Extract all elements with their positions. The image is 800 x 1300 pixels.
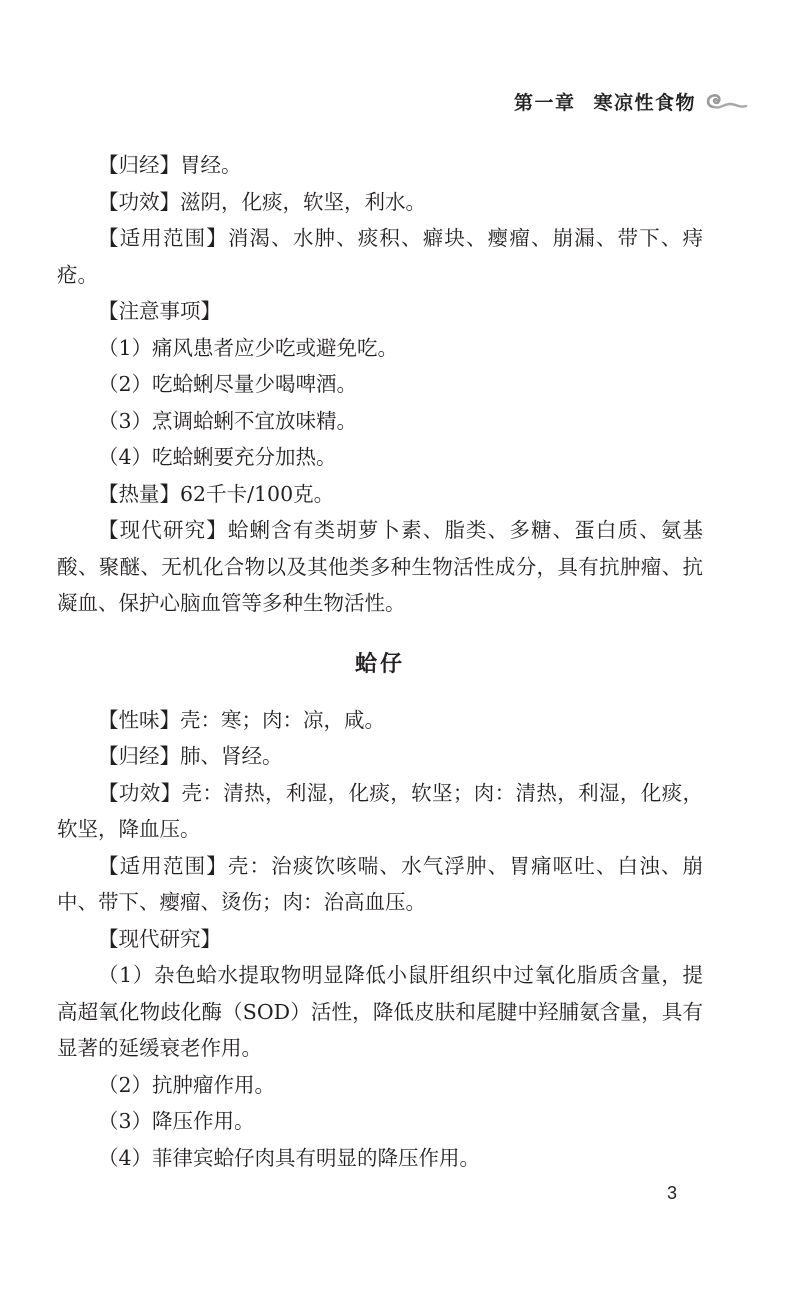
- research-item: （4）菲律宾蛤仔肉具有明显的降压作用。: [57, 1140, 703, 1177]
- paragraph-efficacy: 【功效】壳：清热，利湿，化痰，软坚；肉：清热，利湿，化痰，软坚，降血压。: [57, 775, 703, 848]
- paragraph-calories: 【热量】62千卡/100克。: [57, 476, 703, 513]
- precaution-item: （3）烹调蛤蜊不宜放味精。: [57, 403, 703, 440]
- label: 【归经】: [98, 744, 180, 768]
- label: 【现代研究】: [98, 518, 228, 542]
- page-number: 3: [667, 1183, 677, 1204]
- paragraph-indications: 【适用范围】壳：治痰饮咳喘、水气浮肿、胃痛呕吐、白浊、崩中、带下、瘿瘤、烫伤；肉…: [57, 848, 703, 921]
- paragraph-modern-research: 【现代研究】蛤蜊含有类胡萝卜素、脂类、多糖、蛋白质、氨基酸、聚醚、无机化合物以及…: [57, 512, 703, 622]
- label: 【现代研究】: [98, 927, 221, 951]
- precaution-item: （2）吃蛤蜊尽量少喝啤酒。: [57, 366, 703, 403]
- paragraph-indications: 【适用范围】消渴、水肿、痰积、癖块、瘿瘤、崩漏、带下、痔疮。: [57, 220, 703, 293]
- label: 【热量】: [98, 482, 180, 506]
- cloud-swirl-icon: [704, 91, 748, 113]
- paragraph-modern-research: 【现代研究】: [57, 921, 703, 958]
- precaution-item: （1）痛风患者应少吃或避免吃。: [57, 330, 703, 367]
- label: 【适用范围】: [98, 226, 228, 250]
- label: 【适用范围】: [98, 854, 228, 878]
- label: 【功效】: [98, 190, 180, 214]
- research-item: （2）抗肿瘤作用。: [57, 1067, 703, 1104]
- paragraph-meridian: 【归经】胃经。: [57, 147, 703, 184]
- chapter-title: 寒凉性食物: [593, 92, 696, 114]
- paragraph-efficacy: 【功效】滋阴，化痰，软坚，利水。: [57, 184, 703, 221]
- paragraph-meridian: 【归经】肺、肾经。: [57, 738, 703, 775]
- entry-title: 蛤仔: [57, 646, 703, 682]
- chapter-number: 第一章: [514, 92, 576, 114]
- label: 【功效】: [98, 781, 182, 805]
- paragraph-precautions: 【注意事项】: [57, 293, 703, 330]
- label: 【归经】: [98, 153, 180, 177]
- research-item: （1）杂色蛤水提取物明显降低小鼠肝组织中过氧化脂质含量，提高超氧化物歧化酶（SO…: [57, 957, 703, 1067]
- research-item: （3）降压作用。: [57, 1103, 703, 1140]
- precaution-item: （4）吃蛤蜊要充分加热。: [57, 439, 703, 476]
- label: 【注意事项】: [98, 299, 221, 323]
- paragraph-nature-flavor: 【性味】壳：寒；肉：凉，咸。: [57, 702, 703, 739]
- page-body: 【归经】胃经。 【功效】滋阴，化痰，软坚，利水。 【适用范围】消渴、水肿、痰积、…: [57, 147, 703, 1176]
- chapter-heading: 第一章寒凉性食物: [514, 88, 696, 115]
- running-header: 第一章寒凉性食物: [514, 88, 748, 115]
- label: 【性味】: [98, 708, 180, 732]
